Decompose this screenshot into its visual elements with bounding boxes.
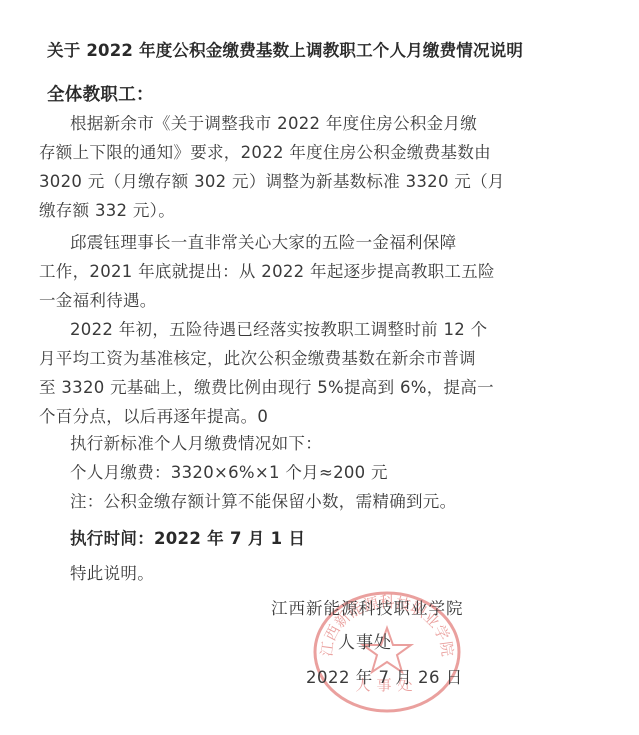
payment-formula: 个人月缴费：3320×6%×1 个月≈200 元 xyxy=(70,462,388,484)
paragraph3-line: 2022 年初，五险待遇已经落实按教职工调整时前 12 个 xyxy=(70,319,487,341)
paragraph1-line: 根据新余市《关于调整我市 2022 年度住房公积金月缴 xyxy=(70,113,477,135)
paragraph1-line: 3020 元（月缴存额 302 元）调整为新基数标准 3320 元（月 xyxy=(39,171,505,193)
signature-date: 2022 年 7 月 26 日 xyxy=(306,664,463,688)
paragraph1-line: 缴存额 332 元）。 xyxy=(39,200,175,222)
paragraph3-line: 月平均工资为基准核定，此次公积金缴费基数在新余市普调 xyxy=(39,348,476,370)
paragraph3-line: 至 3320 元基础上，缴费比例由现行 5%提高到 6%，提高一 xyxy=(39,377,494,399)
standard-intro: 执行新标准个人月缴费情况如下： xyxy=(70,433,322,455)
paragraph2-line: 一金福利待遇。 xyxy=(39,290,157,312)
paragraph2-line: 邱震钰理事长一直非常关心大家的五险一金福利保障 xyxy=(70,232,456,254)
signature-organization: 江西新能源科技职业学院 xyxy=(271,595,464,619)
greeting: 全体教职工： xyxy=(47,84,154,106)
closing-remark: 特此说明。 xyxy=(70,563,154,585)
paragraph3-line: 个百分点，以后再逐年提高。0 xyxy=(39,406,268,428)
rounding-note: 注：公积金缴存额计算不能保留小数，需精确到元。 xyxy=(70,491,456,513)
paragraph1-line: 存额上下限的通知》要求，2022 年度住房公积金缴费基数由 xyxy=(39,142,491,164)
paragraph2-line: 工作，2021 年底就提出：从 2022 年起逐步提高教职工五险 xyxy=(39,261,495,283)
document-title: 关于 2022 年度公积金缴费基数上调教职工个人月缴费情况说明 xyxy=(47,40,523,62)
effective-date: 执行时间：2022 年 7 月 1 日 xyxy=(70,528,305,550)
signature-department: 人事处 xyxy=(338,628,392,653)
document-page: 关于 2022 年度公积金缴费基数上调教职工个人月缴费情况说明 全体教职工： 根… xyxy=(0,0,639,735)
